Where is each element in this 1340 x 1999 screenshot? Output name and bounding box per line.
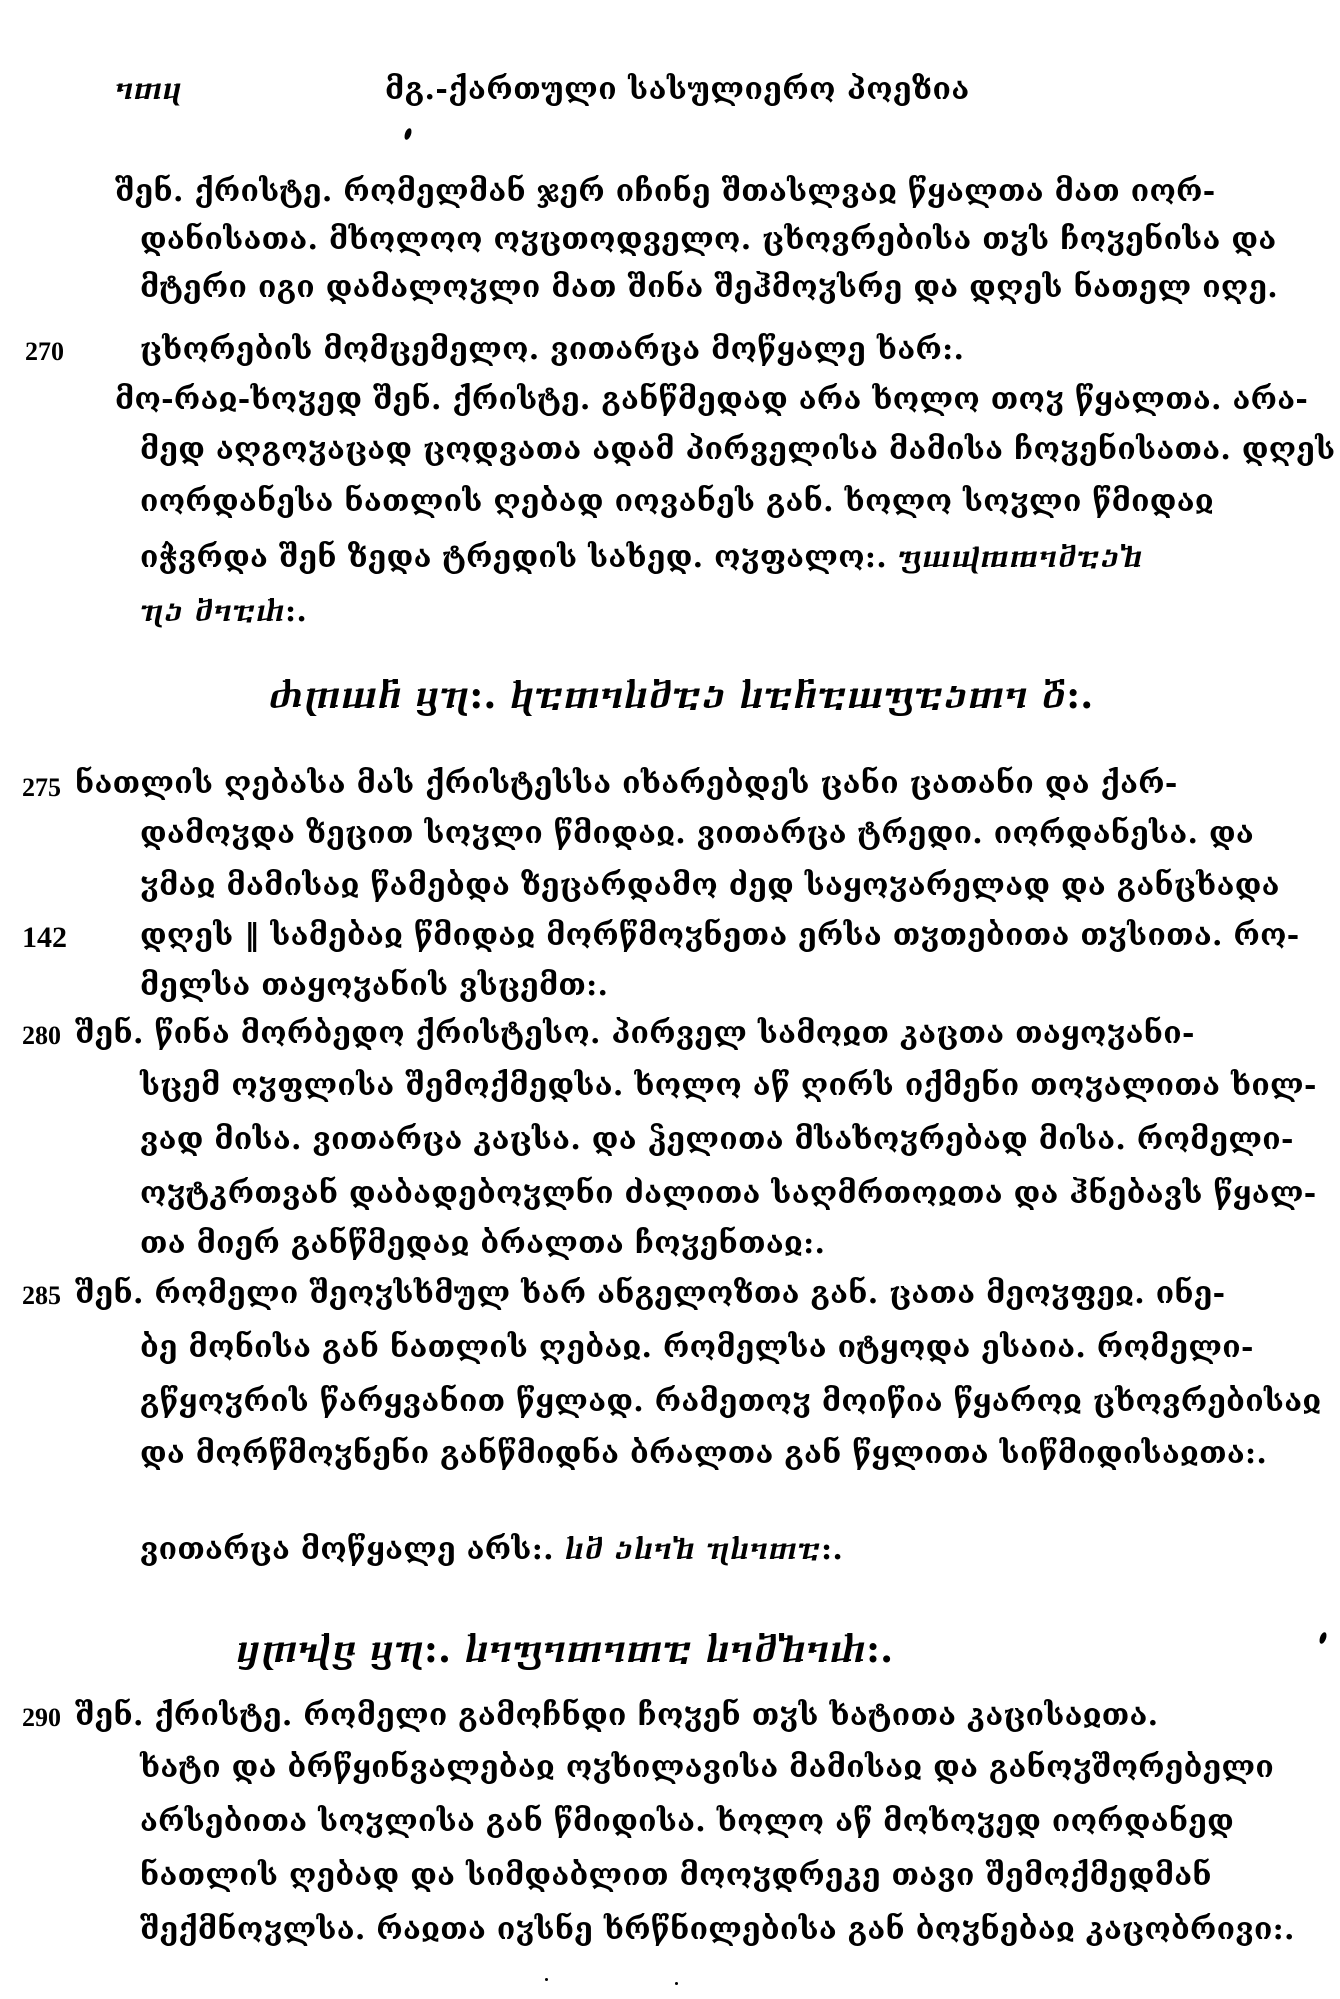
text-line: დანისათა. მხოლოო ოჳცთოდველო. ცხოვრებისა … [140, 218, 1276, 262]
ink-speck [1318, 1631, 1328, 1644]
text-line: და მორწმოჳნენი განწმიდნა ბრალთა გან წყლი… [140, 1432, 1267, 1476]
text-line: თა მიერ განწმედაჲ ბრალთა ჩოჳენთაჲ:. [140, 1222, 825, 1266]
scanned-page: ⴈⴇⴗ მგ.-ქართული სასულიერო პოეზია შენ. ქრ… [0, 0, 1340, 1999]
text-line: შექმნოჳლსა. რაჲთა იჳსნე ხრწნილებისა გან … [140, 1908, 1295, 1952]
text-line: იორდანესა ნათლის ღებად იოვანეს გან. ხოლო… [140, 480, 1214, 524]
running-head: ⴈⴇⴗ მგ.-ქართული სასულიერო პოეზია [115, 72, 1115, 122]
text-line: შენ. ქრისტე. რომელმან ჯერ იჩინე შთასლვაჲ… [115, 170, 1216, 214]
text-line: ვითარცა მოწყალე არს:. ⴑⴋ ⴢⴑⴈⴆ ⴄⴑⴈⴇⴀ:. [140, 1528, 843, 1572]
text-line: დამოჳდა ზეცით სოჳლი წმიდაჲ. ვითარცა ტრედ… [140, 812, 1254, 856]
text-line: ⴄⴢ ⴋⴈⴀⴐ:. [140, 590, 307, 634]
text-line: არსებითა სოჳლისა გან წმიდისა. ხოლო აწ მო… [140, 1800, 1234, 1844]
text-line: ნათლის ღებად და სიმდაბლით მოოჳდრეკე თავი… [140, 1854, 1212, 1898]
line-number: 270 [25, 330, 64, 374]
text-line: გწყოჳრის წარყვანით წყლად. რამეთოჳ მოიწია… [140, 1380, 1321, 1424]
text-line: ოჳტკრთვან დაბადებოჳლნი ძალითა საღმრთოჲთა… [140, 1172, 1316, 1216]
text-line: შენ. წინა მორბედო ქრისტესო. პირველ სამოჲ… [75, 1012, 1195, 1056]
line-number: 285 [22, 1274, 61, 1318]
text-line: ბე მონისა გან ნათლის ღებაჲ. რომელსა იტყო… [140, 1326, 1254, 1370]
text-line: ჳმაჲ მამისაჲ წამებდა ზეცარდამო ძედ საყოჳ… [140, 864, 1280, 908]
page-reference-number: 142 [22, 916, 67, 960]
scan-dot [675, 1982, 678, 1985]
text-line: მელსა თაყოჳანის ვსცემთ:. [140, 964, 608, 1008]
text-line: დღეს ‖ სამებაჲ წმიდაჲ მორწმოჳნეთა ერსა თ… [140, 914, 1300, 958]
line-number: 280 [22, 1014, 61, 1058]
running-title: მგ.-ქართული სასულიერო პოეზია [385, 72, 970, 107]
text-line: ცხორების მომცემელო. ვითარცა მოწყალე ხარ:… [140, 328, 964, 372]
text-line: სცემ ოჳფლისა შემოქმედსა. ხოლო აწ ღირს იქ… [140, 1064, 1317, 1108]
text-line: შენ. ქრისტე. რომელი გამოჩნდი ჩოჳენ თჳს ხ… [75, 1694, 1158, 1738]
line-number: 290 [22, 1696, 61, 1740]
section-heading: ⴛⴜⴍⴌ ⴁⴄ:. ⴉⴀⴇⴈⴑⴋⴀⴢ ⴑⴀⴌⴀⴍⴂⴀⴢⴇⴈ ⴃ:. [268, 670, 1093, 720]
text-line: ხატი და ბრწყინვალებაჲ ოჳხილავისა მამისაჲ… [140, 1746, 1274, 1790]
text-line: ვად მისა. ვითარცა კაცსა. და ჴელითა მსახო… [140, 1118, 1294, 1162]
text-line: ნათლის ღებასა მას ქრისტესსა იხარებდეს ცა… [75, 762, 1178, 806]
folio-number: ⴈⴇⴗ [115, 72, 182, 107]
ink-speck [403, 127, 413, 140]
text-line: მედ აღგოჳაცად ცოდვათა ადამ პირველისა მამ… [140, 428, 1335, 472]
line-number: 275 [22, 766, 61, 810]
scan-dot [545, 1978, 548, 1981]
text-line: იჭვრდა შენ ზედა ტრედის სახედ. ოჳფალო:. ⴂ… [140, 536, 1143, 580]
text-line: მტერი იგი დამალოჳლი მათ შინა შეჰმოჳსრე დ… [140, 266, 1278, 310]
section-heading: ⴘⴜⴏⴝ ⴁⴄ:. ⴑⴈⴂⴈⴇⴈⴇⴀ ⴑⴈⴋⴆⴈⴐ:. [236, 1624, 893, 1674]
text-line: მო-რაჲ-ხოჳედ შენ. ქრისტე. განწმედად არა … [115, 378, 1308, 422]
text-line: შენ. რომელი შეოჳსხმულ ხარ ანგელოზთა გან.… [75, 1272, 1225, 1316]
